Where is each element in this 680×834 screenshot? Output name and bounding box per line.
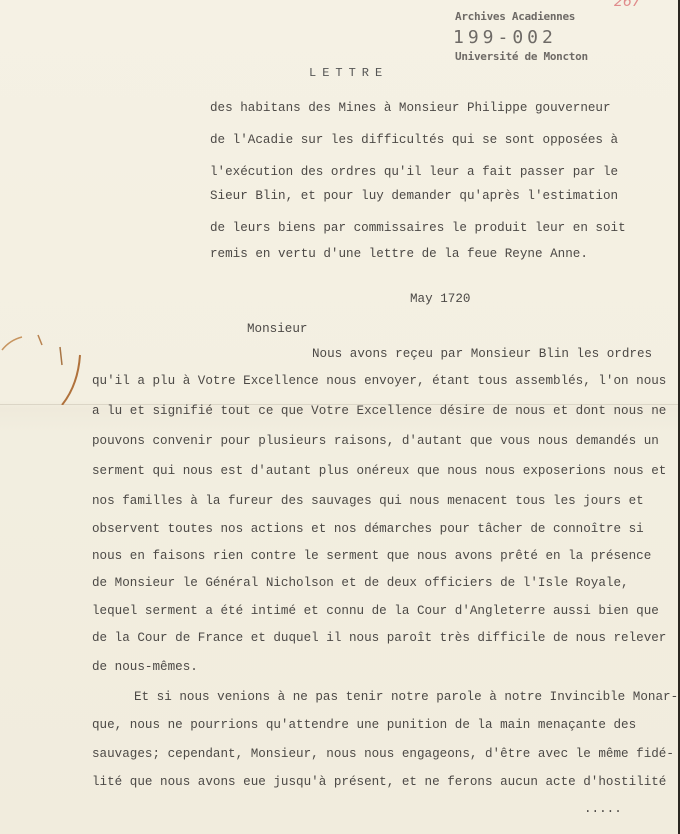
document-page: 267 Archives Acadiennes 199-002 Universi… xyxy=(0,0,678,834)
subtitle-line: l'exécution des ordres qu'il leur a fait… xyxy=(210,165,618,179)
body-line: a lu et signifié tout ce que Votre Excel… xyxy=(92,404,666,418)
body-line: serment qui nous est d'autant plus onére… xyxy=(92,464,666,478)
letter-date: May 1720 xyxy=(410,292,470,306)
body-line: sauvages; cependant, Monsieur, nous nous… xyxy=(92,747,674,761)
archive-stamp: Archives Acadiennes 199-002 Université d… xyxy=(455,10,588,63)
body-line: lité que nous avons eue jusqu'à présent,… xyxy=(92,775,666,789)
body-line: nous en faisons rien contre le serment q… xyxy=(92,549,651,563)
body-line: observent toutes nos actions et nos déma… xyxy=(92,522,644,536)
body-line: nos familles à la fureur des sauvages qu… xyxy=(92,494,644,508)
pencil-page-number: 267 xyxy=(614,0,641,10)
subtitle-line: de leurs biens par commissaires le produ… xyxy=(210,221,626,235)
subtitle-line: de l'Acadie sur les difficultés qui se s… xyxy=(210,133,618,147)
body-line: qu'il a plu à Votre Excellence nous envo… xyxy=(92,374,666,388)
subtitle-line: remis en vertu d'une lettre de la feue R… xyxy=(210,247,588,261)
stamp-university: Université de Moncton xyxy=(455,50,588,63)
body-line: lequel serment a été intimé et connu de … xyxy=(92,604,659,618)
subtitle-line: Sieur Blin, et pour luy demander qu'aprè… xyxy=(210,189,618,203)
document-title: LETTRE xyxy=(309,66,388,80)
body-line: Et si nous venions à ne pas tenir notre … xyxy=(134,690,678,704)
stamp-accession-number: 199-002 xyxy=(453,27,588,48)
body-line: pouvons convenir pour plusieurs raisons,… xyxy=(92,434,659,448)
stamp-archive-name: Archives Acadiennes xyxy=(455,10,588,23)
body-line: Nous avons reçeu par Monsieur Blin les o… xyxy=(312,347,652,361)
body-line: de Monsieur le Général Nicholson et de d… xyxy=(92,576,629,590)
body-line: que, nous ne pourrions qu'attendre une p… xyxy=(92,718,636,732)
ink-margin-marks xyxy=(0,325,90,405)
subtitle-line: des habitans des Mines à Monsieur Philip… xyxy=(210,101,611,115)
salutation: Monsieur xyxy=(247,322,307,336)
body-line: de la Cour de France et duquel il nous p… xyxy=(92,631,666,645)
continuation-dots: ..... xyxy=(584,802,622,816)
body-line: de nous-mêmes. xyxy=(92,660,198,674)
